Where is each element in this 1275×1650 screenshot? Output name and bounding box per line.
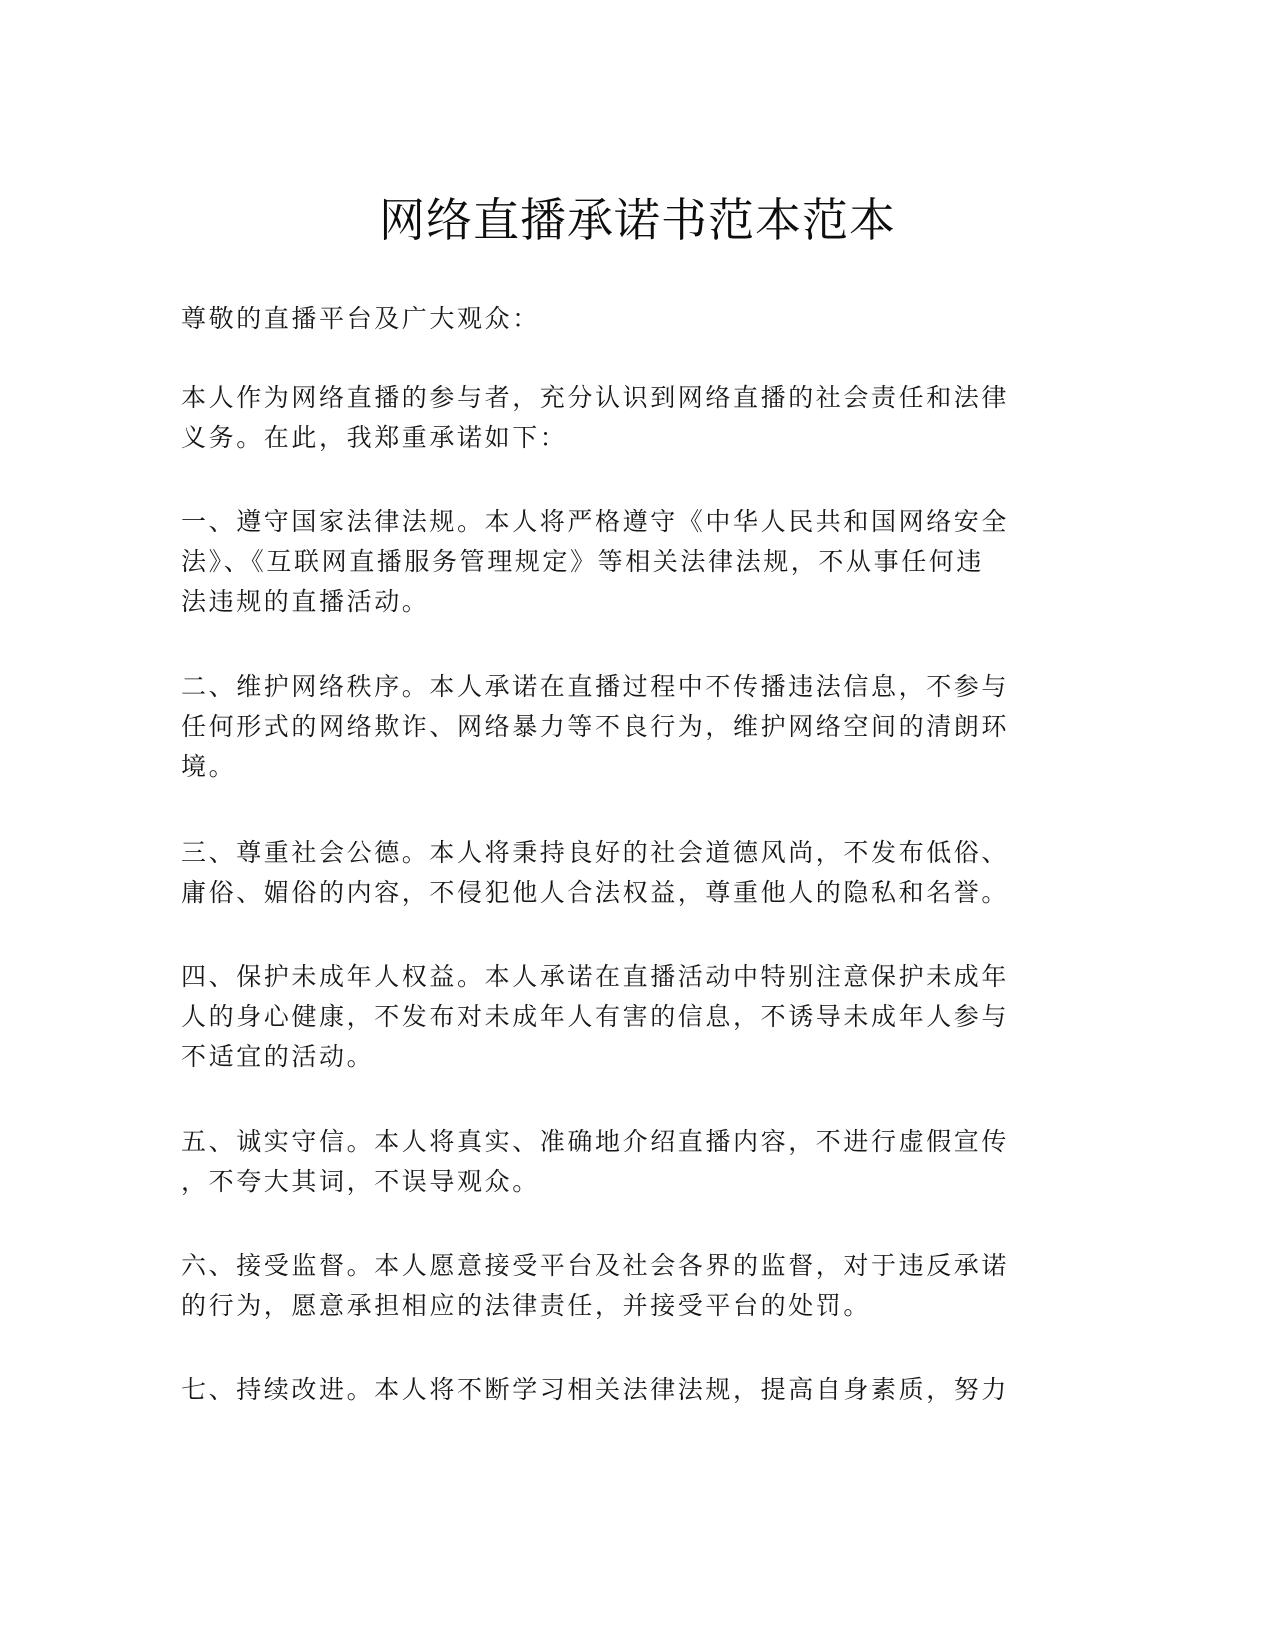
paragraph-line: 一、遵守国家法律法规。本人将严格遵守《中华人民共和国网络安全 — [181, 502, 1081, 542]
paragraph-item-4: 四、保护未成年人权益。本人承诺在直播活动中特别注意保护未成年 人的身心健康，不发… — [181, 957, 1081, 1077]
paragraph-line: 义务。在此，我郑重承诺如下： — [181, 418, 1081, 458]
paragraph-item-5: 五、诚实守信。本人将真实、准确地介绍直播内容，不进行虚假宣传 ，不夸大其词，不误… — [181, 1122, 1081, 1202]
document-title: 网络直播承诺书范本范本 — [0, 190, 1275, 250]
paragraph-item-6: 六、接受监督。本人愿意接受平台及社会各界的监督，对于违反承诺 的行为，愿意承担相… — [181, 1246, 1081, 1326]
paragraph-line: 任何形式的网络欺诈、网络暴力等不良行为，维护网络空间的清朗环 — [181, 707, 1081, 747]
paragraph-line: 境。 — [181, 747, 1081, 787]
paragraph-intro: 本人作为网络直播的参与者，充分认识到网络直播的社会责任和法律 义务。在此，我郑重… — [181, 378, 1081, 458]
paragraph-line: 庸俗、媚俗的内容，不侵犯他人合法权益，尊重他人的隐私和名誉。 — [181, 873, 1081, 913]
paragraph-line: 六、接受监督。本人愿意接受平台及社会各界的监督，对于违反承诺 — [181, 1246, 1081, 1286]
paragraph-item-1: 一、遵守国家法律法规。本人将严格遵守《中华人民共和国网络安全 法》、《互联网直播… — [181, 502, 1081, 622]
salutation: 尊敬的直播平台及广大观众： — [181, 299, 1081, 339]
salutation-line: 尊敬的直播平台及广大观众： — [181, 299, 1081, 339]
paragraph-line: ，不夸大其词，不误导观众。 — [181, 1162, 1081, 1202]
paragraph-line: 的行为，愿意承担相应的法律责任，并接受平台的处罚。 — [181, 1286, 1081, 1326]
paragraph-line: 法》、《互联网直播服务管理规定》等相关法律法规，不从事任何违 — [181, 542, 1081, 582]
paragraph-line: 本人作为网络直播的参与者，充分认识到网络直播的社会责任和法律 — [181, 378, 1081, 418]
paragraph-item-3: 三、尊重社会公德。本人将秉持良好的社会道德风尚，不发布低俗、 庸俗、媚俗的内容，… — [181, 833, 1081, 913]
document-page: 网络直播承诺书范本范本 尊敬的直播平台及广大观众： 本人作为网络直播的参与者，充… — [0, 0, 1275, 1650]
paragraph-line: 七、持续改进。本人将不断学习相关法律法规，提高自身素质，努力 — [181, 1370, 1081, 1410]
paragraph-item-2: 二、维护网络秩序。本人承诺在直播过程中不传播违法信息，不参与 任何形式的网络欺诈… — [181, 667, 1081, 787]
paragraph-line: 法违规的直播活动。 — [181, 582, 1081, 622]
paragraph-line: 不适宜的活动。 — [181, 1037, 1081, 1077]
paragraph-line: 二、维护网络秩序。本人承诺在直播过程中不传播违法信息，不参与 — [181, 667, 1081, 707]
paragraph-line: 五、诚实守信。本人将真实、准确地介绍直播内容，不进行虚假宣传 — [181, 1122, 1081, 1162]
paragraph-line: 人的身心健康，不发布对未成年人有害的信息，不诱导未成年人参与 — [181, 997, 1081, 1037]
paragraph-line: 三、尊重社会公德。本人将秉持良好的社会道德风尚，不发布低俗、 — [181, 833, 1081, 873]
paragraph-item-7: 七、持续改进。本人将不断学习相关法律法规，提高自身素质，努力 — [181, 1370, 1081, 1410]
paragraph-line: 四、保护未成年人权益。本人承诺在直播活动中特别注意保护未成年 — [181, 957, 1081, 997]
